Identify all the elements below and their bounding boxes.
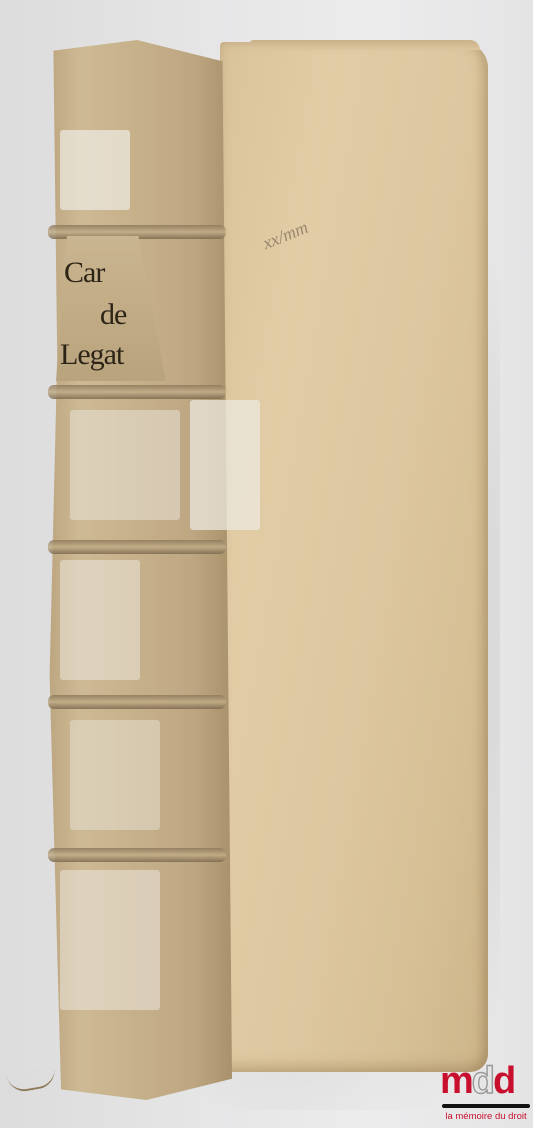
spine-title-line-3: Legat bbox=[60, 340, 123, 370]
logo-tagline: la mémoire du droit bbox=[440, 1111, 532, 1122]
mdd-logo-watermark: mdd la mémoire du droit bbox=[440, 1062, 532, 1122]
spine-raised-band bbox=[48, 385, 226, 399]
spine-worn-patch bbox=[70, 720, 160, 830]
loose-thread bbox=[7, 1068, 57, 1094]
spine-worn-patch bbox=[60, 870, 160, 1010]
book-photo: Car de Legat xx/mm bbox=[0, 0, 533, 1128]
mdd-logo-mark: mdd bbox=[440, 1062, 532, 1100]
spine-worn-patch bbox=[70, 410, 180, 520]
spine-title-line-2: de bbox=[100, 300, 126, 330]
book-top-edge bbox=[250, 40, 480, 50]
logo-letter-m: m bbox=[440, 1060, 472, 1102]
spine-raised-band bbox=[48, 848, 226, 862]
logo-letter-d: d bbox=[493, 1060, 514, 1102]
logo-letter-d-outline: d bbox=[472, 1060, 493, 1102]
spine-worn-patch bbox=[60, 560, 140, 680]
logo-underline bbox=[442, 1104, 530, 1108]
spine-torn-flap bbox=[190, 400, 260, 530]
spine-raised-band bbox=[48, 695, 226, 709]
spine-worn-patch bbox=[60, 130, 130, 210]
spine-title-line-1: Car bbox=[64, 258, 104, 288]
spine-raised-band bbox=[48, 540, 226, 554]
book-front-cover bbox=[220, 42, 488, 1072]
